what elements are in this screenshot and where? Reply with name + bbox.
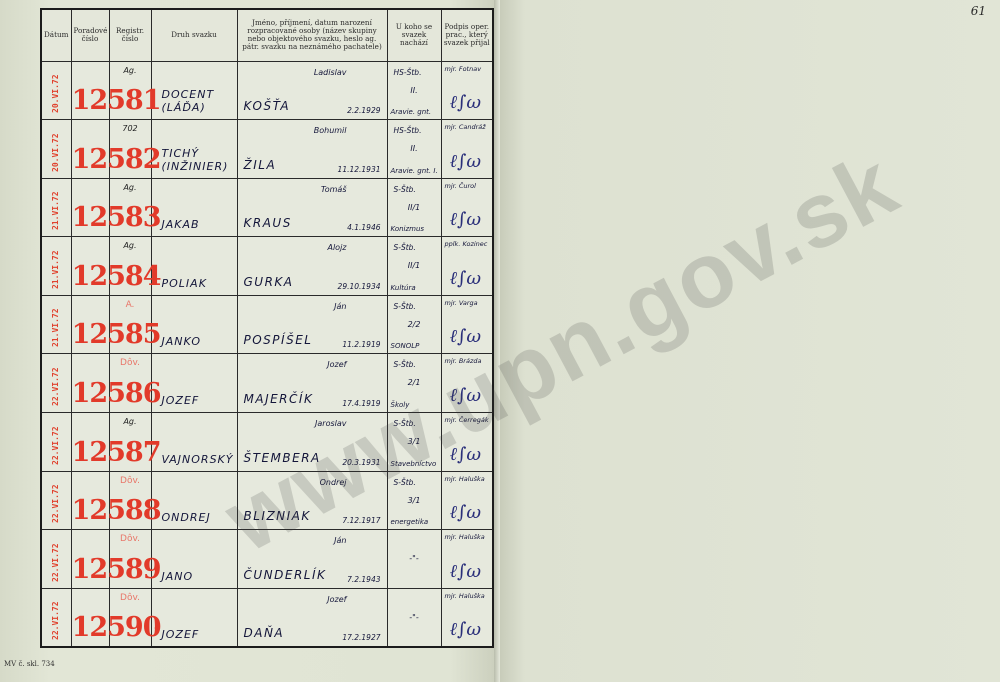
- surname: GURKA: [244, 275, 294, 289]
- first-name: Bohumil: [314, 126, 347, 135]
- held-by-cell: -"-: [387, 588, 441, 647]
- date-cell: 20.VI.72: [41, 61, 71, 120]
- section: Školy: [391, 401, 410, 409]
- surname: ČUNDERLÍK: [244, 568, 327, 582]
- person-cell: Ján ČUNDERLÍK 7.2.1943: [237, 530, 387, 589]
- order-no-cell: 12585: [71, 295, 109, 354]
- section: Konizmus: [391, 225, 425, 233]
- held-by-cell: HS-Štb. II. Aravie. gnt.: [387, 61, 441, 120]
- person-cell: Alojz GURKA 29.10.1934: [237, 237, 387, 296]
- first-name: Tomáš: [321, 185, 347, 194]
- date-cell: 20.VI.72: [41, 120, 71, 179]
- date-stamp: 22.VI.72: [51, 590, 60, 640]
- unit: HS-Štb.: [394, 68, 422, 77]
- person-cell: Ján POSPÍŠEL 11.2.1919: [237, 295, 387, 354]
- file-type-cell: DOCENT (LÁĎA): [151, 61, 237, 120]
- header-file-type: Druh svazku: [151, 9, 237, 61]
- reg-code: Ag.: [110, 241, 151, 250]
- department: II/1: [388, 203, 441, 212]
- date-cell: 22.VI.72: [41, 530, 71, 589]
- signature-scribble-icon: ℓ∫ω: [450, 561, 482, 582]
- left-ledger-table: Dátum Poradové číslo Registr. číslo Druh…: [40, 8, 494, 648]
- header-person: Jméno, příjmení, datum narození rozpraco…: [237, 9, 387, 61]
- order-no-cell: 12588: [71, 471, 109, 530]
- order-number: 12585: [72, 319, 161, 350]
- person-cell: Ondrej BLIZNIAK 7.12.1917: [237, 471, 387, 530]
- unit: S-Štb.: [394, 360, 416, 369]
- header-order-no: Poradové číslo: [71, 9, 109, 61]
- date-stamp: 21.VI.72: [51, 297, 60, 347]
- signature-scribble-icon: ℓ∫ω: [450, 151, 482, 172]
- signature-scribble-icon: ℓ∫ω: [450, 619, 482, 640]
- signature-cell: mjr. Candráž ℓ∫ω: [441, 120, 493, 179]
- signature-scribble-icon: ℓ∫ω: [450, 209, 482, 230]
- birth-date: 11.2.1919: [342, 340, 380, 349]
- first-name: Ján: [334, 302, 346, 311]
- order-no-cell: 12590: [71, 588, 109, 647]
- person-cell: Bohumil ŽILA 11.12.1931: [237, 120, 387, 179]
- surname: BLIZNIAK: [244, 509, 311, 523]
- order-no-cell: 12587: [71, 413, 109, 472]
- first-name: Ondrej: [320, 478, 347, 487]
- left-page: Dátum Poradové číslo Registr. číslo Druh…: [0, 0, 500, 682]
- file-type-name: JAKAB: [162, 218, 200, 231]
- held-by-cell: S-Štb. II/1 Kultúra: [387, 237, 441, 296]
- officer-name: mjr. Fotnav: [445, 65, 482, 73]
- reg-code: Dôv.: [110, 476, 151, 486]
- first-name: Jozef: [327, 360, 346, 369]
- birth-date: 7.12.1917: [342, 516, 380, 525]
- file-type-cell: ONDREJ: [151, 471, 237, 530]
- department: -"-: [388, 613, 441, 622]
- order-number: 12589: [72, 554, 161, 585]
- ledger-row: 20.VI.72 12581 Ag. DOCENT (LÁĎA) Ladisla…: [41, 61, 493, 120]
- birth-date: 17.2.1927: [342, 633, 380, 642]
- held-by-cell: S-Štb. 3/1 energetika: [387, 471, 441, 530]
- birth-date: 4.1.1946: [347, 223, 380, 232]
- date-stamp: 21.VI.72: [51, 239, 60, 289]
- order-number: 12588: [72, 495, 161, 526]
- birth-date: 11.12.1931: [338, 165, 381, 174]
- reg-code: Ag.: [110, 66, 151, 75]
- surname: ŠTEMBERA: [244, 451, 321, 465]
- section: Stavebníctvo: [391, 460, 437, 468]
- file-type-name: ONDREJ: [162, 511, 211, 524]
- signature-cell: mjr. Brázda ℓ∫ω: [441, 354, 493, 413]
- first-name: Ján: [334, 536, 346, 545]
- signature-cell: mjr. Čurol ℓ∫ω: [441, 178, 493, 237]
- header-reg-no: Registr. číslo: [109, 9, 151, 61]
- order-no-cell: 12582: [71, 120, 109, 179]
- order-no-cell: 12584: [71, 237, 109, 296]
- date-cell: 21.VI.72: [41, 178, 71, 237]
- signature-cell: mjr. Varga ℓ∫ω: [441, 295, 493, 354]
- date-cell: 21.VI.72: [41, 237, 71, 296]
- reg-code: A.: [110, 300, 151, 310]
- surname: ŽILA: [244, 158, 277, 172]
- order-number: 12587: [72, 437, 161, 468]
- date-stamp: 22.VI.72: [51, 415, 60, 465]
- ledger-row: 22.VI.72 12586 Dôv. JOZEF Jozef MAJERČÍK…: [41, 354, 493, 413]
- unit: S-Štb.: [394, 185, 416, 194]
- file-type-cell: ! JAKAB: [151, 178, 237, 237]
- signature-cell: mjr. Fotnav ℓ∫ω: [441, 61, 493, 120]
- signature-scribble-icon: ℓ∫ω: [450, 268, 482, 289]
- held-by-cell: S-Štb. 3/1 Stavebníctvo: [387, 413, 441, 472]
- file-type-name: JOZEF: [162, 394, 200, 407]
- ledger-row: 22.VI.72 12588 Dôv. ONDREJ Ondrej BLIZNI…: [41, 471, 493, 530]
- signature-cell: mjr. Haluška ℓ∫ω: [441, 530, 493, 589]
- file-type-name: JOZEF: [162, 628, 200, 641]
- department: 3/1: [388, 496, 441, 505]
- date-cell: 22.VI.72: [41, 354, 71, 413]
- officer-name: mjr. Haluška: [445, 592, 485, 600]
- birth-date: 2.2.1929: [347, 106, 380, 115]
- ledger-row: 22.VI.72 12590 Dôv. ! JOZEF Jozef DAŇA 1…: [41, 588, 493, 647]
- signature-cell: mjr. Čerregák ℓ∫ω: [441, 413, 493, 472]
- file-type-cell: VAJNORSKÝ: [151, 413, 237, 472]
- reg-code: Ag.: [110, 417, 151, 426]
- held-by-cell: HS-Štb. II. Aravie. gnt. I.: [387, 120, 441, 179]
- date-stamp: 20.VI.72: [51, 63, 60, 113]
- section: energetika: [391, 518, 429, 526]
- surname: KRAUS: [244, 216, 292, 230]
- surname: MAJERČÍK: [244, 392, 314, 406]
- date-stamp: 22.VI.72: [51, 473, 60, 523]
- signature-cell: mjr. Haluška ℓ∫ω: [441, 471, 493, 530]
- file-type-name: TICHÝ (INŽINIER): [162, 147, 237, 173]
- unit: S-Štb.: [394, 243, 416, 252]
- department: 3/1: [388, 437, 441, 446]
- form-code: MV č. skl. 734: [4, 660, 55, 668]
- ledger-row: 21.VI.72 12585 A. JANKO Ján POSPÍŠEL 11.…: [41, 295, 493, 354]
- reg-code: Dôv.: [110, 358, 151, 368]
- file-type-cell: JANKO: [151, 295, 237, 354]
- order-no-cell: 12581: [71, 61, 109, 120]
- order-number: 12584: [72, 261, 161, 292]
- order-no-cell: 12589: [71, 530, 109, 589]
- held-by-cell: -"-: [387, 530, 441, 589]
- birth-date: 7.2.1943: [347, 575, 380, 584]
- file-type-cell: POLIAK: [151, 237, 237, 296]
- department: 2/1: [388, 378, 441, 387]
- signature-scribble-icon: ℓ∫ω: [450, 385, 482, 406]
- unit: S-Štb.: [394, 419, 416, 428]
- unit: HS-Štb.: [394, 126, 422, 135]
- reg-code: Dôv.: [110, 534, 151, 544]
- birth-date: 29.10.1934: [338, 282, 381, 291]
- date-cell: 22.VI.72: [41, 471, 71, 530]
- first-name: Alojz: [327, 243, 346, 252]
- date-stamp: 22.VI.72: [51, 356, 60, 406]
- date-cell: 22.VI.72: [41, 413, 71, 472]
- file-type-name: DOCENT (LÁĎA): [162, 88, 237, 114]
- ledger-row: 21.VI.72 12583 Ag. ! JAKAB Tomáš KRAUS 4…: [41, 178, 493, 237]
- file-type-cell: ! JANO: [151, 530, 237, 589]
- file-type-cell: ! JOZEF: [151, 588, 237, 647]
- signature-scribble-icon: ℓ∫ω: [450, 92, 482, 113]
- birth-date: 17.4.1919: [342, 399, 380, 408]
- officer-name: mjr. Haluška: [445, 533, 485, 541]
- order-number: 12582: [72, 144, 161, 175]
- surname: DAŇA: [244, 626, 285, 640]
- header-date: Dátum: [41, 9, 71, 61]
- order-number: 12586: [72, 378, 161, 409]
- person-cell: Jozef MAJERČÍK 17.4.1919: [237, 354, 387, 413]
- reg-code: Dôv.: [110, 593, 151, 603]
- signature-cell: mjr. Haluška ℓ∫ω: [441, 588, 493, 647]
- ledger-row: 22.VI.72 12589 Dôv. ! JANO Ján ČUNDERLÍK…: [41, 530, 493, 589]
- section: Aravie. gnt. I.: [391, 167, 438, 175]
- file-type-name: JANKO: [162, 335, 202, 348]
- section: Kultúra: [391, 284, 416, 292]
- officer-name: mjr. Čurol: [445, 182, 476, 190]
- person-cell: Jozef DAŇA 17.2.1927: [237, 588, 387, 647]
- date-cell: 22.VI.72: [41, 588, 71, 647]
- held-by-cell: S-Štb. II/1 Konizmus: [387, 178, 441, 237]
- department: II/1: [388, 261, 441, 270]
- person-cell: Tomáš KRAUS 4.1.1946: [237, 178, 387, 237]
- file-type-name: POLIAK: [162, 277, 207, 290]
- page-number: 61: [971, 4, 986, 18]
- signature-scribble-icon: ℓ∫ω: [450, 444, 482, 465]
- officer-name: mjr. Haluška: [445, 475, 485, 483]
- first-name: Jaroslav: [315, 419, 346, 428]
- reg-code: 702: [110, 124, 151, 133]
- file-type-cell: TICHÝ (INŽINIER): [151, 120, 237, 179]
- person-cell: Jaroslav ŠTEMBERA 20.3.1931: [237, 413, 387, 472]
- header-signature: Podpis oper. prac., který svazek přijal: [441, 9, 493, 61]
- section: SONOLP: [391, 342, 420, 350]
- held-by-cell: S-Štb. 2/1 Školy: [387, 354, 441, 413]
- ledger-row: 21.VI.72 12584 Ag. POLIAK Alojz GURKA 29…: [41, 237, 493, 296]
- date-stamp: 21.VI.72: [51, 180, 60, 230]
- unit: S-Štb.: [394, 302, 416, 311]
- unit: S-Štb.: [394, 478, 416, 487]
- order-number: 12590: [72, 612, 161, 643]
- signature-cell: pplk. Kozinec ℓ∫ω: [441, 237, 493, 296]
- ledger-row: 20.VI.72 12582 702 TICHÝ (INŽINIER) Bohu…: [41, 120, 493, 179]
- signature-scribble-icon: ℓ∫ω: [450, 502, 482, 523]
- birth-date: 20.3.1931: [342, 458, 380, 467]
- department: II.: [388, 144, 441, 153]
- reg-code: Ag.: [110, 183, 151, 192]
- section: Aravie. gnt.: [391, 108, 432, 116]
- file-type-cell: JOZEF: [151, 354, 237, 413]
- department: 2/2: [388, 320, 441, 329]
- officer-name: mjr. Čerregák: [445, 416, 489, 424]
- person-cell: Ladislav KOŠŤA 2.2.1929: [237, 61, 387, 120]
- held-by-cell: S-Štb. 2/2 SONOLP: [387, 295, 441, 354]
- date-stamp: 22.VI.72: [51, 532, 60, 582]
- surname: KOŠŤA: [244, 99, 291, 113]
- officer-name: mjr. Candráž: [445, 123, 486, 131]
- signature-scribble-icon: ℓ∫ω: [450, 326, 482, 347]
- date-cell: 21.VI.72: [41, 295, 71, 354]
- right-page: 61 Předáno jinému odboru, odděl. součást…: [500, 0, 1000, 682]
- department: -"-: [388, 554, 441, 563]
- surname: POSPÍŠEL: [244, 333, 313, 347]
- file-type-name: VAJNORSKÝ: [162, 453, 234, 466]
- first-name: Ladislav: [314, 68, 347, 77]
- officer-name: pplk. Kozinec: [445, 240, 488, 248]
- order-number: 12581: [72, 85, 161, 116]
- order-number: 12583: [72, 202, 161, 233]
- officer-name: mjr. Brázda: [445, 357, 482, 365]
- header-held-by: U koho se svazek nachází: [387, 9, 441, 61]
- file-type-name: JANO: [162, 570, 194, 583]
- order-no-cell: 12583: [71, 178, 109, 237]
- officer-name: mjr. Varga: [445, 299, 478, 307]
- date-stamp: 20.VI.72: [51, 122, 60, 172]
- department: II.: [388, 86, 441, 95]
- ledger-row: 22.VI.72 12587 Ag. VAJNORSKÝ Jaroslav ŠT…: [41, 413, 493, 472]
- first-name: Jozef: [327, 595, 346, 604]
- order-no-cell: 12586: [71, 354, 109, 413]
